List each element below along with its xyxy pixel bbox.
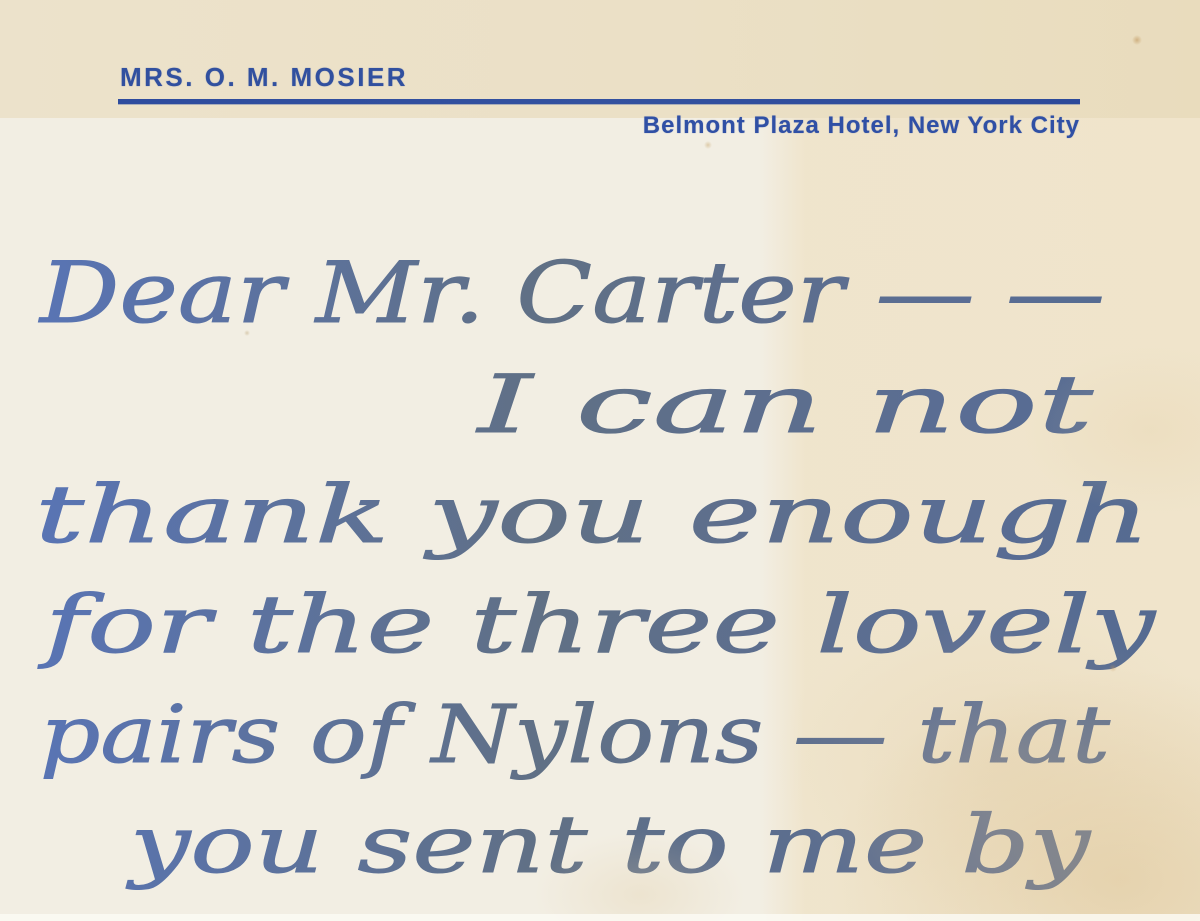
handwritten-line-3: thank you enough [35, 468, 1150, 561]
handwriting-layer: Dear Mr. Carter — — I can not thank you … [0, 0, 1200, 921]
handwritten-line-2: I can not [475, 358, 1095, 451]
handwritten-line-1: Dear Mr. Carter — — [38, 244, 1105, 342]
handwritten-line-5: pairs of Nylons — that [40, 688, 1111, 781]
handwritten-line-6: you sent to me by [126, 798, 1092, 891]
letter-paper: MRS. O. M. MOSIER Belmont Plaza Hotel, N… [0, 0, 1200, 921]
handwritten-line-4: for the three lovely [38, 578, 1158, 671]
paper-bottom-edge [0, 914, 1200, 921]
